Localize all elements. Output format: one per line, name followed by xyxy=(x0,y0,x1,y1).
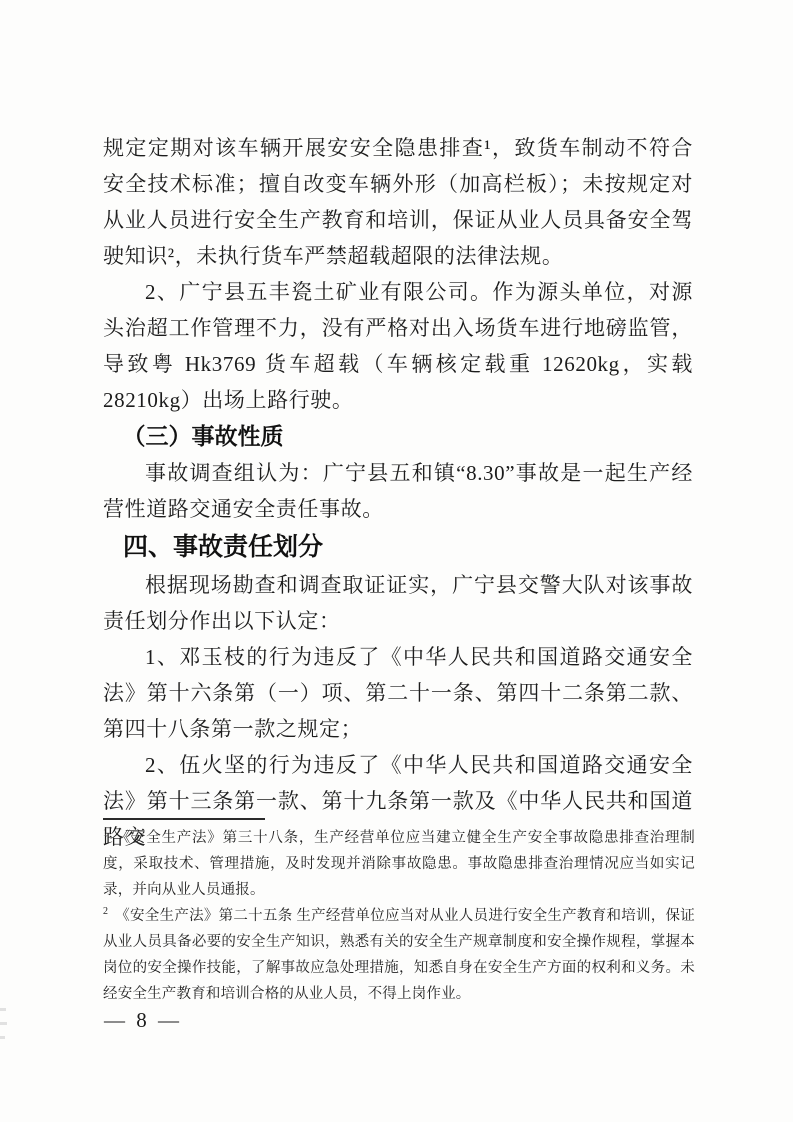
footnote-2-marker: 2 xyxy=(103,906,108,917)
page-number: — 8 — xyxy=(104,1008,182,1033)
heading-accident-nature: （三）事故性质 xyxy=(103,418,693,455)
footnote-1: 1《安全生产法》第三十八条，生产经营单位应当建立健全生产安全事故隐患排查治理制度… xyxy=(103,825,695,903)
heading-responsibility-division: 四、事故责任划分 xyxy=(103,527,693,567)
paragraph-violation-item-1: 1、邓玉枝的行为违反了《中华人民共和国道路交通安全法》第十六条第（一）项、第二十… xyxy=(103,639,693,747)
document-page: 规定定期对该车辆开展安安全隐患排查¹，致货车制动不符合安全技术标准；擅自改变车辆… xyxy=(0,0,793,1122)
footnote-2: 2《安全生产法》第二十五条 生产经营单位应当对从业人员进行安全生产教育和培训，保… xyxy=(103,903,695,1007)
footnote-1-text: 《安全生产法》第三十八条，生产经营单位应当建立健全生产安全事故隐患排查治理制度，… xyxy=(103,830,695,898)
scan-artifact xyxy=(0,1008,6,1011)
document-body: 规定定期对该车辆开展安安全隐患排查¹，致货车制动不符合安全技术标准；擅自改变车辆… xyxy=(103,130,693,855)
footnote-section: 1《安全生产法》第三十八条，生产经营单位应当建立健全生产安全事故隐患排查治理制度… xyxy=(103,818,695,1007)
scan-artifact xyxy=(0,1022,7,1025)
paragraph-accident-nature-conclusion: 事故调查组认为：广宁县五和镇“8.30”事故是一起生产经营性道路交通安全责任事故… xyxy=(103,455,693,527)
paragraph-responsibility-basis: 根据现场勘查和调查取证证实，广宁县交警大队对该事故责任划分作出以下认定： xyxy=(103,567,693,639)
footnote-1-marker: 1 xyxy=(103,828,108,839)
paragraph-hidden-danger-continuation: 规定定期对该车辆开展安安全隐患排查¹，致货车制动不符合安全技术标准；擅自改变车辆… xyxy=(103,130,693,274)
footnote-divider xyxy=(103,818,265,820)
footnote-2-text: 《安全生产法》第二十五条 生产经营单位应当对从业人员进行安全生产教育和培训，保证… xyxy=(103,908,695,1002)
paragraph-source-unit-responsibility: 2、广宁县五丰瓷土矿业有限公司。作为源头单位，对源头治超工作管理不力，没有严格对… xyxy=(103,274,693,418)
scan-artifact xyxy=(0,1036,5,1039)
